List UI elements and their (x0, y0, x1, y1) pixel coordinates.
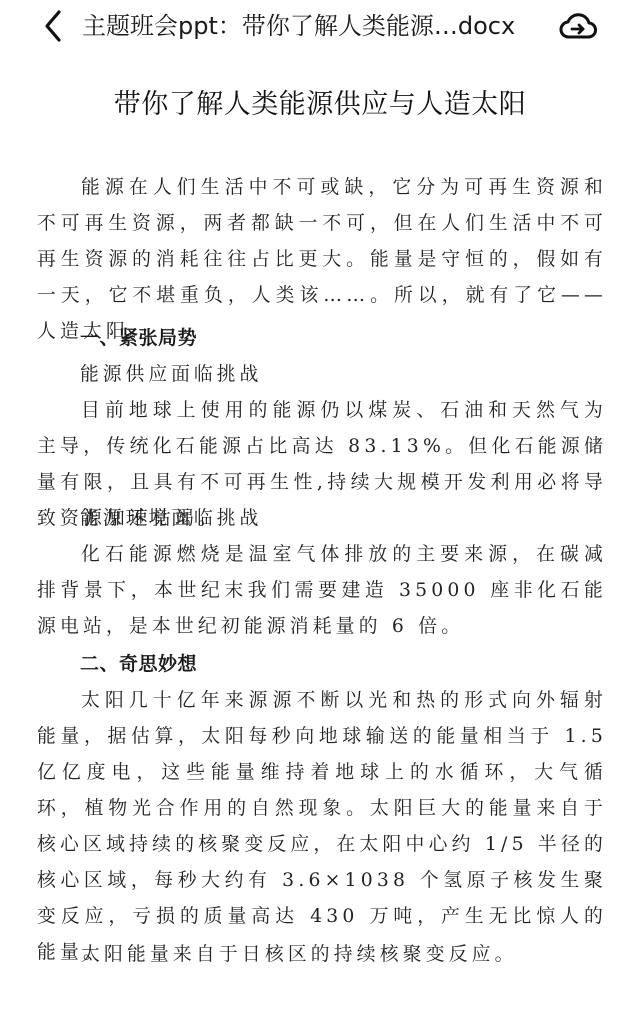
chevron-left-icon (42, 9, 64, 43)
cloud-save-button[interactable] (558, 6, 598, 46)
back-button[interactable] (38, 8, 68, 44)
section-1-subheading-2: 能源环境面临挑战 (80, 501, 262, 537)
top-bar: 主题班会ppt：带你了解人类能源…docx (0, 0, 640, 52)
document-title: 主题班会ppt：带你了解人类能源…docx (82, 8, 542, 44)
section-1-subheading-1: 能源供应面临挑战 (80, 357, 262, 393)
section-1-title: 一、紧张局势 (80, 320, 197, 356)
document-heading: 带你了解人类能源供应与人造太阳 (0, 85, 640, 125)
section-2-paragraph-1: 太阳几十亿年来源源不断以光和热的形式向外辐射能量，据估算，太阳每秒向地球输送的能… (37, 683, 607, 971)
cloud-upload-arrow-icon (559, 10, 597, 42)
document-body: 带你了解人类能源供应与人造太阳 能源在人们生活中不可或缺，它分为可再生资源和不可… (0, 52, 640, 1023)
section-1-paragraph-2: 化石能源燃烧是温室气体排放的主要来源，在碳减排背景下，本世纪末我们需要建造 35… (37, 537, 607, 645)
section-2-paragraph-2: 太阳能量来自于日核区的持续核聚变反应。 (37, 937, 607, 973)
section-2-title: 二、奇思妙想 (80, 646, 197, 682)
